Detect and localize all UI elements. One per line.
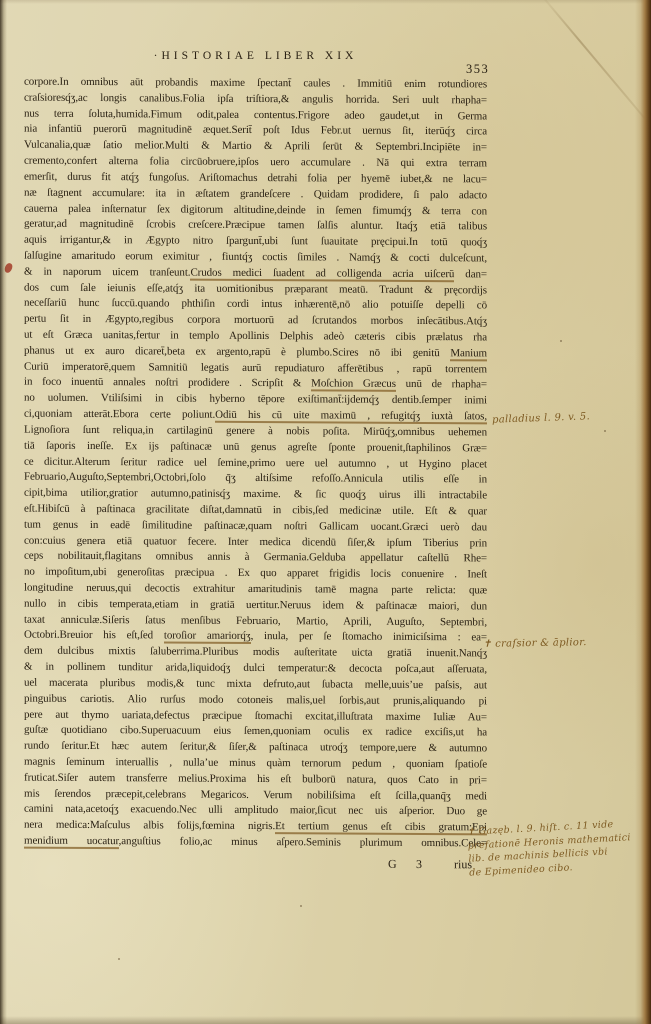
marginal-note-heron: ✝ Gazęb. l. 9. hiſt. c. 11 vide prefatio… <box>467 816 650 879</box>
hand-underlined-passage: Crudos medici ſuadent ad colligenda acri… <box>190 266 454 282</box>
signature-number: 3 <box>416 857 422 872</box>
text-column: corpore.In omnibus aūt probandis maxime … <box>24 76 487 874</box>
gutter-shadow-left <box>0 0 7 1024</box>
hand-underlined-passage: Et tertium genus eſt cibis gratum:Epi <box>275 820 487 835</box>
hand-underlined-passage: Odiū his cū uite maximū , refugitq́ʒ iux… <box>215 409 487 425</box>
hand-underlined-passage: menidium uocatur <box>24 835 119 850</box>
hand-underlined-passage: Moſchion Græcus <box>311 378 396 393</box>
running-header: ·HISTORIAE LIBER XIX <box>24 50 487 62</box>
paper-speck <box>300 905 302 907</box>
text-line: menidium uocatur,anguſtius folio,ac minu… <box>24 835 487 854</box>
page-number: 353 <box>466 62 489 77</box>
book-page-photo: ·HISTORIAE LIBER XIX 353 corpore.In omni… <box>0 0 651 1024</box>
page-edge-bottom <box>0 1016 651 1024</box>
paper-speck <box>604 430 606 432</box>
hand-underlined-passage: toroſior amariorq́ʒ <box>164 630 251 645</box>
marginal-note-palladius: palladius l. 9. v. 5. <box>492 411 590 425</box>
page-title: HISTORIAE LIBER XIX <box>161 50 357 62</box>
signature-mark: G <box>388 857 397 872</box>
page-edge-right <box>635 0 651 1024</box>
paper-speck <box>118 958 120 960</box>
signature-row: G3rius <box>24 854 487 873</box>
paper-speck <box>560 340 562 342</box>
marginal-note-crassior: ✝ craſsior & āplior. <box>483 637 587 650</box>
page-edge-top <box>0 0 651 4</box>
hand-underlined-passage: Manium <box>450 347 487 361</box>
